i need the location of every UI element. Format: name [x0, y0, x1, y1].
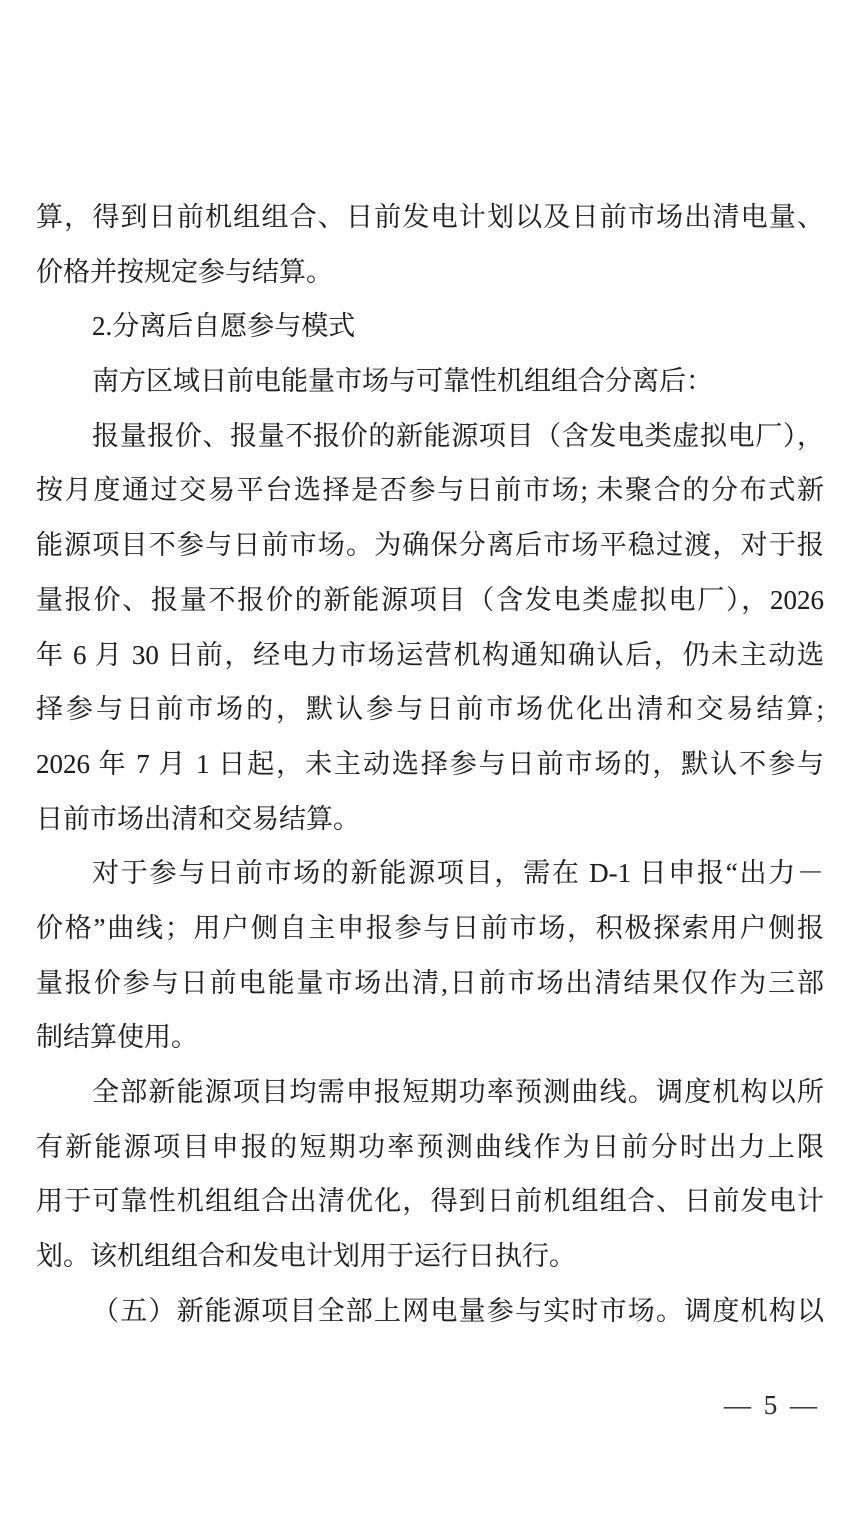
text-line: 日前市场出清和交易结算。 [36, 792, 824, 847]
text-line: 年 6 月 30 日前，经电力市场运营机构通知确认后，仍未主动选 [36, 628, 824, 683]
text-line: 2026 年 7 月 1 日起，未主动选择参与日前市场的，默认不参与 [36, 737, 824, 792]
text-line: 南方区域日前电能量市场与可靠性机组组合分离后： [36, 354, 824, 409]
text-line: 有新能源项目申报的短期功率预测曲线作为日前分时出力上限 [36, 1120, 824, 1175]
text-line: 量报价参与日前电能量市场出清,日前市场出清结果仅作为三部 [36, 956, 824, 1011]
text-line: 划。该机组组合和发电计划用于运行日执行。 [36, 1229, 824, 1284]
text-line: 用于可靠性机组组合出清优化，得到日前机组组合、日前发电计 [36, 1174, 824, 1229]
text-line: 对于参与日前市场的新能源项目，需在 D-1 日申报“出力－ [36, 846, 824, 901]
text-line: 全部新能源项目均需申报短期功率预测曲线。调度机构以所 [36, 1065, 824, 1120]
text-line: 报量报价、报量不报价的新能源项目（含发电类虚拟电厂）， [36, 409, 824, 464]
text-line: 2.分离后自愿参与模式 [36, 299, 824, 354]
text-line: 制结算使用。 [36, 1010, 824, 1065]
text-line: 按月度通过交易平台选择是否参与日前市场; 未聚合的分布式新 [36, 463, 824, 518]
text-line: 择参与日前市场的，默认参与日前市场优化出清和交易结算; [36, 682, 824, 737]
document-page: 算，得到日前机组组合、日前发电计划以及日前市场出清电量、价格并按规定参与结算。2… [0, 0, 859, 1527]
document-body: 算，得到日前机组组合、日前发电计划以及日前市场出清电量、价格并按规定参与结算。2… [36, 190, 824, 1338]
page-number: — 5 — [724, 1383, 820, 1427]
text-line: （五）新能源项目全部上网电量参与实时市场。调度机构以 [36, 1284, 824, 1339]
text-line: 价格并按规定参与结算。 [36, 245, 824, 300]
text-line: 量报价、报量不报价的新能源项目（含发电类虚拟电厂），2026 [36, 573, 824, 628]
text-line: 价格”曲线；用户侧自主申报参与日前市场，积极探索用户侧报 [36, 901, 824, 956]
text-line: 能源项目不参与日前市场。为确保分离后市场平稳过渡，对于报 [36, 518, 824, 573]
text-line: 算，得到日前机组组合、日前发电计划以及日前市场出清电量、 [36, 190, 824, 245]
